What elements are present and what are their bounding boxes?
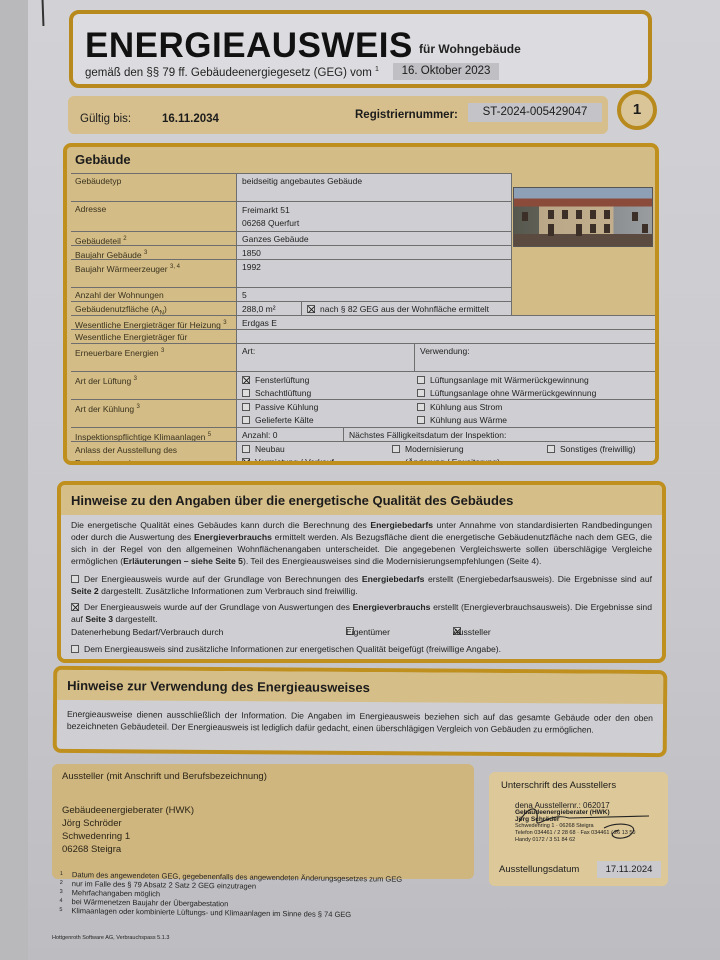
signature-box: Unterschrift des Ausstellers dena Ausste… [489,772,668,886]
footnotes: 1Datum des angewendeten GEG, gegebenenfa… [59,870,402,920]
value-warmwater [237,330,659,343]
issuer-street: Schwedenring 1 [62,830,194,843]
valid-until-label: Gültig bis: [80,113,131,125]
value-year-building: 1850 [237,246,512,259]
issuer-profession: Gebäudeenergieberater (HWK) [62,804,194,817]
checkbox-icon[interactable] [417,389,425,397]
checkbox-checked-icon[interactable] [307,305,315,313]
usage-hints-title: Hinweise zur Verwendung des Energieauswe… [57,670,663,704]
option-cooling-heat[interactable]: Kühlung aus Wärme [417,415,507,426]
checkbox-icon[interactable] [547,445,555,453]
law-text: gemäß den §§ 79 ff. Gebäudeenergiegesetz… [85,67,372,79]
option-consumption-based[interactable]: Der Energieausweis wurde auf der Grundla… [61,599,662,627]
ac-next-inspection: Nächstes Fälligkeitsdatum der Inspektion… [344,428,659,441]
building-photo [513,187,653,247]
row-year-heater: Baujahr Wärmeerzeuger 3, 4 1992 [71,259,512,287]
checkbox-checked-icon[interactable] [242,458,250,465]
value-apartments: 5 [237,288,512,301]
row-address: Adresse Freimarkt 5106268 Querfurt [71,201,512,231]
quality-hints-title: Hinweise zu den Angaben über die energet… [61,485,662,515]
value-year-heater: 1992 [237,260,512,287]
checkbox-icon[interactable] [242,389,250,397]
option-delivered-cold[interactable]: Gelieferte Kälte [242,415,314,426]
label-warmwater: Wesentliche Energieträger für Warmwass..… [71,330,237,343]
option-ventilation-with-recovery[interactable]: Lüftungsanlage mit Wärmerückgewinnung [417,374,589,387]
checkbox-icon[interactable] [392,445,400,453]
checkbox-icon[interactable] [242,416,250,424]
data-collection-label: Datenerhebung Bedarf/Verbrauch durch [71,627,223,637]
row-reason: Anlass der Ausstellung desEnergieausweis… [71,441,659,465]
option-rent-sale[interactable]: Vermietung / Verkauf [242,457,334,465]
value-heating: Erdgas E [237,316,659,329]
row-cooling: Art der Kühlung 3 Passive Kühlung Kühlun… [71,399,659,427]
label-ac: Inspektionspflichtige Klimaanlagen 5 [71,428,237,441]
ac-count: Anzahl: 0 [237,428,344,441]
data-collection-row: Datenerhebung Bedarf/Verbrauch durch Eig… [61,627,662,641]
checkbox-icon[interactable] [71,575,79,583]
address-city: 06268 Querfurt [242,217,506,230]
software-credit: Hottgenroth Software AG, Verbrauchspass … [52,935,169,941]
title-box: ENERGIEAUSWEIS für Wohngebäude gemäß den… [69,10,652,88]
signature-scribble [509,800,659,844]
label-address: Adresse [71,202,237,231]
value-address: Freimarkt 5106268 Querfurt [237,202,512,231]
checkbox-checked-icon[interactable] [242,376,250,384]
ventilation-options: Fensterlüftung Lüftungsanlage mit Wärmer… [237,372,659,399]
usage-hints-section: Hinweise zur Verwendung des Energieauswe… [53,666,668,757]
label-renewable: Erneuerbare Energien 3 [71,344,237,371]
footnote-ref: 1 [375,66,379,73]
option-modernisation[interactable]: Modernisierung [392,444,464,455]
checkbox-icon[interactable] [417,403,425,411]
modernisation-subtext: (Änderung / Erweiterung) [405,457,500,465]
issue-date-label: Ausstellungsdatum [499,864,579,875]
row-building-part: Gebäudeteil 2 Ganzes Gebäude [71,231,512,245]
document-title: ENERGIEAUSWEIS [85,26,413,66]
law-reference: gemäß den §§ 79 ff. Gebäudeenergiegesetz… [85,66,379,79]
registration-label: Registriernummer: [355,109,458,121]
option-demand-based[interactable]: Der Energieausweis wurde auf der Grundla… [61,571,662,599]
label-ventilation: Art der Lüftung 3 [71,372,237,399]
option-cooling-electric[interactable]: Kühlung aus Strom [417,402,502,413]
label-reason: Anlass der Ausstellung desEnergieausweis… [71,442,237,465]
checkbox-checked-icon[interactable] [71,603,79,611]
row-warmwater: Wesentliche Energieträger für Warmwass..… [71,329,659,343]
label-cooling: Art der Kühlung 3 [71,400,237,427]
issuer-box: Aussteller (mit Anschrift und Berufsbeze… [52,764,474,879]
option-passive-cooling[interactable]: Passive Kühlung [242,402,318,413]
building-section-title: Gebäude [67,147,655,172]
checkbox-icon[interactable] [242,403,250,411]
issuer-address: Gebäudeenergieberater (HWK) Jörg Schröde… [62,804,194,856]
document-subtitle: für Wohngebäude [419,42,521,56]
building-section: Gebäude Gebäudetyp beidseitig angebautes… [63,143,659,465]
row-ventilation: Art der Lüftung 3 Fensterlüftung Lüftung… [71,371,659,399]
row-area: Gebäudenutzfläche (AN) 288,0 m² nach § 8… [71,301,512,315]
usage-hints-text: Energieausweise dienen ausschließlich de… [57,700,663,740]
reason-options: Neubau Modernisierung Sonstiges (freiwil… [237,442,659,465]
value-area: 288,0 m² [237,302,302,315]
label-building-type: Gebäudetyp [71,174,237,201]
row-renewable: Erneuerbare Energien 3 Art: Verwendung: [71,343,659,371]
option-additional-info[interactable]: Dem Energieausweis sind zusätzliche Info… [61,641,662,657]
checkbox-icon[interactable] [71,645,79,653]
area-method-checkbox[interactable]: nach § 82 GEG aus der Wohnfläche ermitte… [302,302,512,315]
label-year-building: Baujahr Gebäude 3 [71,246,237,259]
law-date-field: 16. Oktober 2023 [393,63,499,80]
row-year-building: Baujahr Gebäude 3 1850 [71,245,512,259]
renewable-type: Art: [237,344,415,371]
address-street: Freimarkt 51 [242,204,506,217]
issuer-city: 06268 Steigra [62,843,194,856]
issuer-label: Aussteller (mit Anschrift und Berufsbeze… [62,771,267,782]
issuer-name: Jörg Schröder [62,817,194,830]
quality-hints-text: Die energetische Qualität eines Gebäudes… [61,515,662,571]
label-area: Gebäudenutzfläche (AN) [71,302,237,315]
validity-bar: Gültig bis: 16.11.2034 Registriernummer:… [68,96,608,134]
label-year-heater: Baujahr Wärmeerzeuger 3, 4 [71,260,237,287]
checkbox-icon[interactable] [417,376,425,384]
cooling-options: Passive Kühlung Kühlung aus Strom Gelief… [237,400,659,427]
row-building-type: Gebäudetyp beidseitig angebautes Gebäude [71,173,512,201]
label-heating: Wesentliche Energieträger für Heizung 3 [71,316,237,329]
row-heating: Wesentliche Energieträger für Heizung 3 … [71,315,659,329]
quality-hints-section: Hinweise zu den Angaben über die energet… [57,481,666,663]
valid-until-value: 16.11.2034 [162,113,219,125]
value-building-type: beidseitig angebautes Gebäude [237,174,512,201]
checkbox-icon[interactable] [242,445,250,453]
label-apartments: Anzahl der Wohnungen [71,288,237,301]
option-other[interactable]: Sonstiges (freiwillig) [547,444,636,455]
renewable-usage: Verwendung: [415,344,659,371]
row-apartments: Anzahl der Wohnungen 5 [71,287,512,301]
checkbox-icon[interactable] [417,416,425,424]
label-building-part: Gebäudeteil 2 [71,232,237,245]
option-window-ventilation[interactable]: Fensterlüftung [242,374,309,387]
issue-date-value: 17.11.2024 [597,861,661,878]
page-number-badge: 1 [617,90,657,130]
value-building-part: Ganzes Gebäude [237,232,512,245]
registration-number: ST-2024-005429047 [468,103,602,122]
option-new-building[interactable]: Neubau [242,444,285,455]
signature-label: Unterschrift des Ausstellers [501,780,616,791]
row-ac: Inspektionspflichtige Klimaanlagen 5 Anz… [71,427,659,441]
